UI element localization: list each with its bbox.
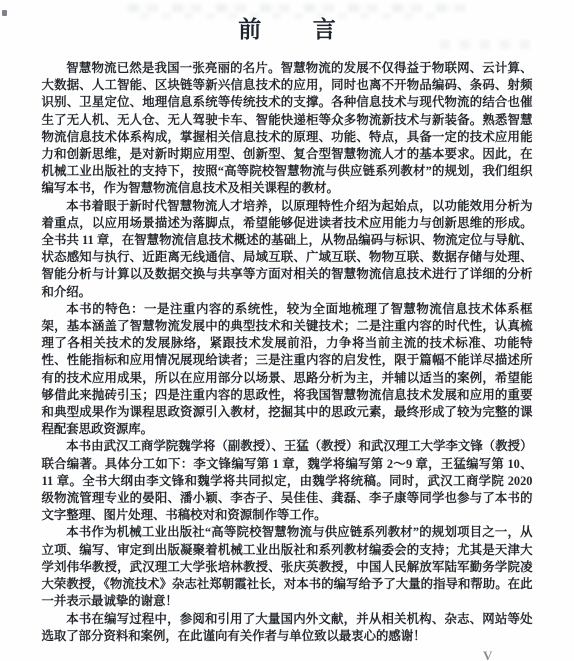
preface-paragraph-4: 本书由武汉工商学院魏学将（副教授）、王猛（教授）和武汉理工大学李文锋（教授）联合… (42, 438, 533, 524)
preface-paragraph-6: 本书在编写过程中，参阅和引用了大量国内外文献，并从相关机构、杂志、网站等处选取了… (42, 611, 533, 645)
scan-speck-artifact (2, 10, 7, 16)
preface-paragraph-5: 本书作为机械工业出版社“高等院校智慧物流与供应链系列教材”的规划项目之一，从立项… (42, 524, 533, 610)
preface-paragraph-1: 智慧物流已然是我国一张亮丽的名片。智慧物流的发展不仅得益于物联网、云计算、大数据… (42, 60, 533, 198)
scanned-preface-page: 前 言 智慧物流已然是我国一张亮丽的名片。智慧物流的发展不仅得益于物联网、云计算… (0, 0, 574, 661)
preface-paragraph-2: 本书着眼于新时代智慧物流人才培养，以原理特性介绍为起始点，以功能效用分析为着重点… (42, 198, 533, 301)
preface-body: 智慧物流已然是我国一张亮丽的名片。智慧物流的发展不仅得益于物联网、云计算、大数据… (42, 60, 533, 645)
page-number: V (483, 649, 492, 661)
page-title: 前 言 (0, 0, 574, 45)
preface-paragraph-3: 本书的特色：一是注重内容的系统性，较为全面地梳理了智慧物流信息技术体系框架，基本… (42, 301, 533, 439)
